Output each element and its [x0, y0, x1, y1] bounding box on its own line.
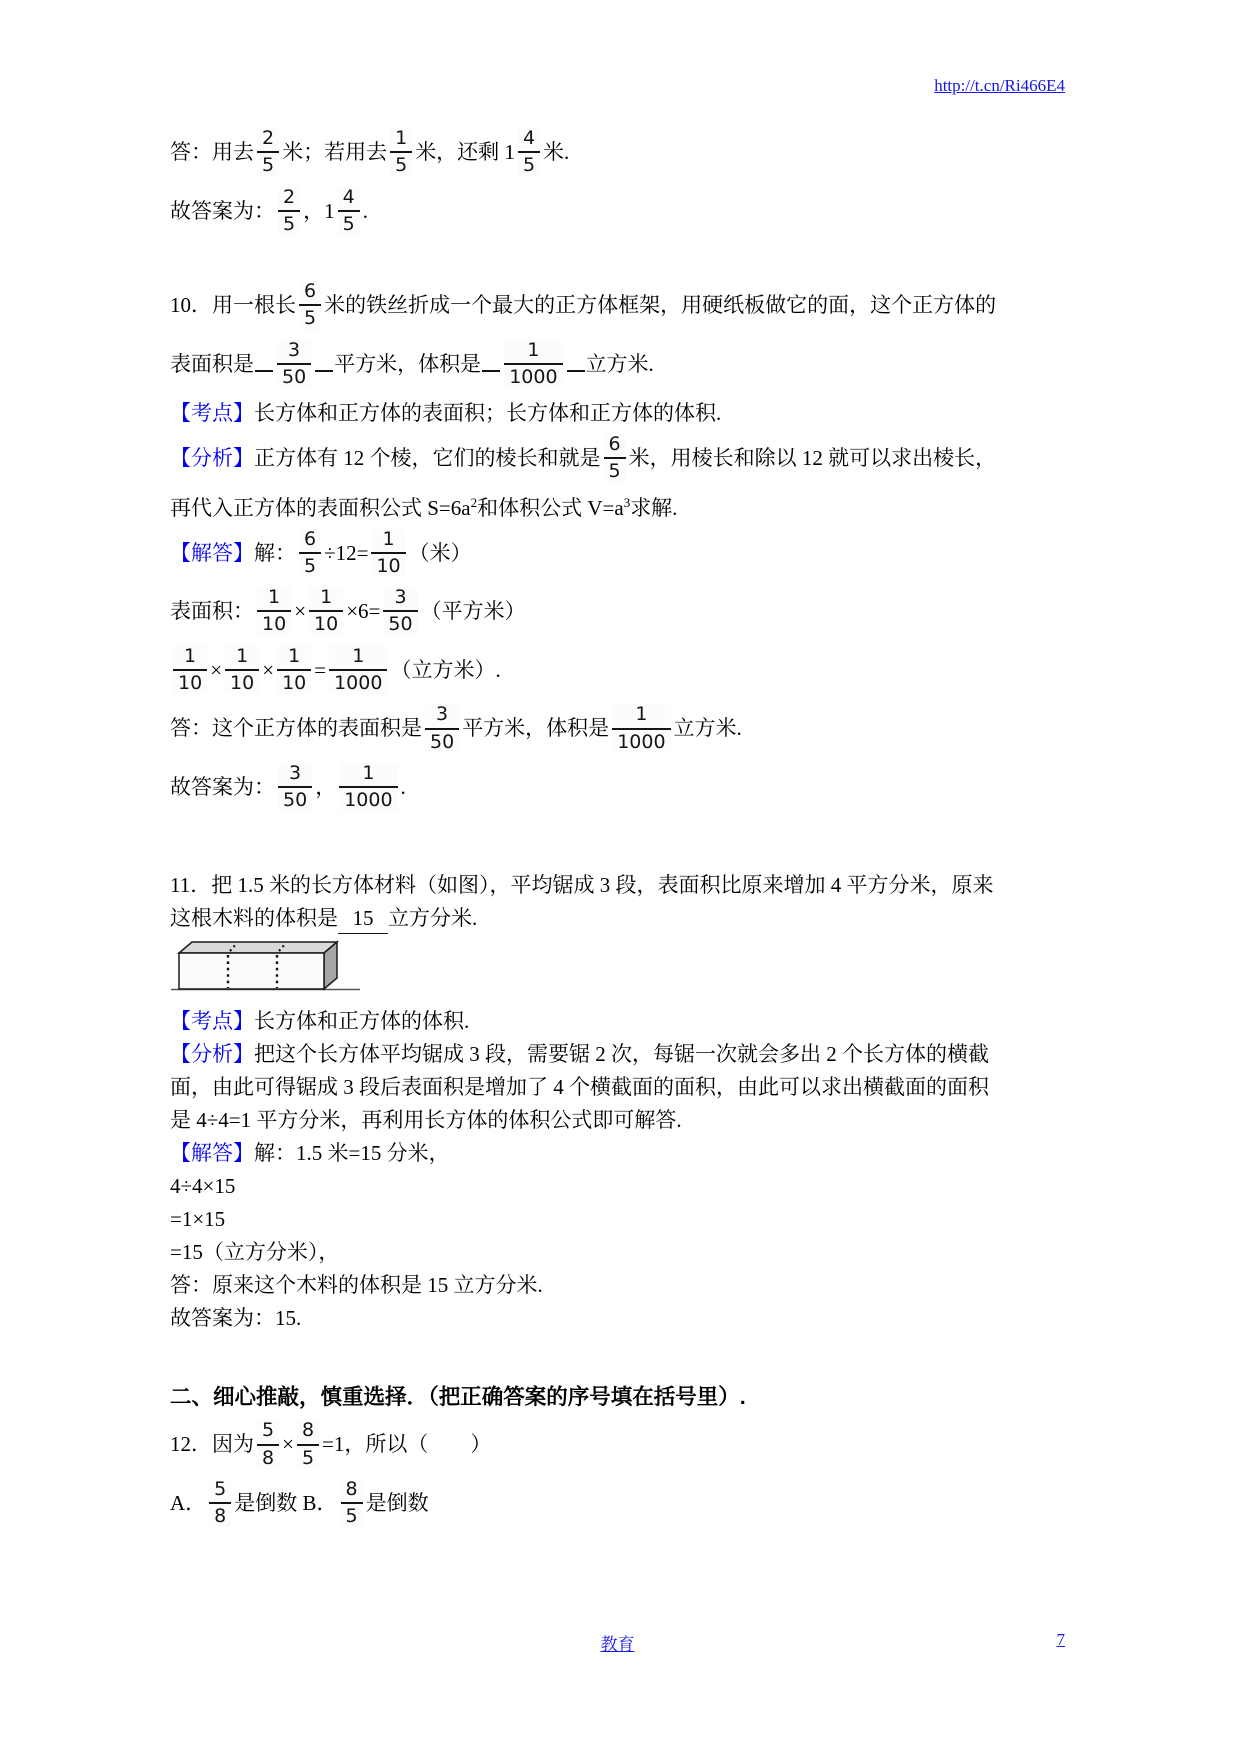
text-run: 正方体有 12 个棱，它们的棱长和就是	[254, 446, 601, 470]
text-run: 立方分米.	[388, 906, 477, 930]
section-label: 【解答】	[170, 1141, 254, 1165]
fraction: 110	[371, 529, 405, 578]
text-run: 长方体和正方体的表面积；长方体和正方体的体积.	[254, 401, 721, 425]
equation-line-3: =15（立方分米），	[170, 1237, 1067, 1267]
text-run: 答：原来这个木料的体积是 15 立方分米.	[170, 1273, 543, 1297]
fraction: 110	[225, 646, 259, 695]
text-run: 4÷4×15	[170, 1174, 235, 1198]
equation-line-1: 4÷4×15	[170, 1171, 1067, 1201]
fraction: 110	[173, 646, 207, 695]
fraction: 11000	[339, 763, 397, 812]
blank-underline	[255, 368, 273, 372]
surface-area-line: 表面积：110×110×6=350（平方米）	[170, 587, 1067, 640]
text-run: ×	[262, 658, 274, 682]
text-run: .	[363, 199, 368, 223]
fraction: 45	[518, 128, 540, 177]
fraction: 350	[278, 763, 312, 812]
text-run: 11．把 1.5 米的长方体材料（如图），平均锯成 3 段，表面积比原来增加 4…	[170, 873, 993, 897]
question-11-line-1: 11．把 1.5 米的长方体材料（如图），平均锯成 3 段，表面积比原来增加 4…	[170, 870, 1067, 900]
text-run: 米，还剩 1	[415, 140, 515, 164]
text-run: =1，所以（ ）	[322, 1432, 491, 1456]
text-run: 平方米，体积是	[334, 352, 481, 376]
final-answer-line-q9: 故答案为：25，145.	[170, 187, 1067, 240]
fenxi-q10-line-2: 再代入正方体的表面积公式 S=6a2和体积公式 V=a3求解.	[170, 493, 1067, 523]
final-answer-line-q10: 故答案为：350，11000.	[170, 763, 1067, 816]
question-10-line-2: 表面积是350平方米，体积是11000立方米.	[170, 340, 1067, 393]
text-run: .	[401, 775, 406, 799]
fraction: 58	[257, 1420, 279, 1469]
fraction: 110	[257, 587, 291, 636]
fraction: 65	[299, 529, 321, 578]
final-answer-line-q11: 故答案为：15.	[170, 1303, 1067, 1333]
text-run: 米的铁丝折成一个最大的正方体框架，用硬纸板做它的面，这个正方体的	[324, 293, 996, 317]
section-label: 【解答】	[170, 541, 254, 565]
text-run: 米；若用去	[282, 140, 387, 164]
fraction: 350	[425, 704, 459, 753]
text-run: A．	[170, 1491, 206, 1515]
cuboid-front-face	[179, 953, 324, 989]
text-run: 12．因为	[170, 1432, 254, 1456]
text-run: 是 4÷4=1 平方分米，再利用长方体的体积公式即可解答.	[170, 1108, 682, 1132]
question-10-line-1: 10．用一根长65米的铁丝折成一个最大的正方体框架，用硬纸板做它的面，这个正方体…	[170, 281, 1067, 334]
text-run: 求解.	[630, 496, 677, 520]
answer-line-q9: 答：用去25米；若用去15米，还剩 145米.	[170, 128, 1067, 181]
fraction: 65	[299, 281, 321, 330]
blank-answer: 15	[338, 903, 388, 934]
text-run: 表面积：	[170, 599, 254, 623]
cuboid-diagram	[170, 938, 362, 994]
fraction: 15	[390, 128, 412, 177]
text-run: 解：1.5 米=15 分米，	[254, 1141, 450, 1165]
fraction: 110	[309, 587, 343, 636]
text-run: 解：	[254, 541, 296, 565]
fraction: 45	[338, 187, 360, 236]
footer-education-link[interactable]: 教育	[601, 1635, 635, 1654]
text-run: ×	[294, 599, 306, 623]
text-run: 表面积是	[170, 352, 254, 376]
text-run: 10．用一根长	[170, 293, 296, 317]
blank-underline	[567, 368, 585, 372]
text-run: 答：用去	[170, 140, 254, 164]
text-run: 和体积公式 V=a	[477, 496, 624, 520]
fenxi-q10-line-1: 【分析】正方体有 12 个棱，它们的棱长和就是65米，用棱长和除以 12 就可以…	[170, 434, 1067, 487]
text-run: ×	[282, 1432, 294, 1456]
spacer	[170, 1336, 1067, 1376]
kaodian-line-q10: 【考点】长方体和正方体的表面积；长方体和正方体的体积.	[170, 398, 1067, 428]
fraction: 110	[277, 646, 311, 695]
question-12-line: 12．因为58×85=1，所以（ ）	[170, 1420, 1067, 1473]
fraction: 58	[209, 1479, 231, 1528]
answer-line-q11: 答：原来这个木料的体积是 15 立方分米.	[170, 1270, 1067, 1300]
text-run: 把这个长方体平均锯成 3 段，需要锯 2 次，每锯一次就会多出 2 个长方体的横…	[254, 1042, 989, 1066]
text-run: =15（立方分米），	[170, 1240, 339, 1264]
cuboid-top-face	[179, 942, 337, 953]
header-url-link[interactable]: http://t.cn/Ri466E4	[934, 76, 1065, 95]
text-run: 二、细心推敲，慎重选择．（把正确答案的序号填在括号里）.	[170, 1385, 746, 1409]
volume-line: 110×110×110=11000（立方米）.	[170, 646, 1067, 699]
text-run: ×6=	[346, 599, 380, 623]
text-run: =	[314, 658, 326, 682]
fraction: 350	[383, 587, 417, 636]
text-run: 是倒数 B．	[234, 1491, 337, 1515]
text-run: =1×15	[170, 1207, 225, 1231]
fraction: 65	[604, 434, 626, 483]
question-12-options: A．58是倒数 B．85是倒数	[170, 1479, 1067, 1532]
footer-center: 教育	[170, 1630, 1065, 1655]
text-run: ÷12=	[324, 541, 368, 565]
cuboid-figure	[170, 938, 1067, 1000]
text-run: 立方米.	[586, 352, 654, 376]
question-11-line-2: 这根木料的体积是15立方分米.	[170, 903, 1067, 934]
text-run: 米.	[543, 140, 569, 164]
answer-line-q10: 答：这个正方体的表面积是350平方米，体积是11000立方米.	[170, 704, 1067, 757]
section-label: 【考点】	[170, 1009, 254, 1033]
text-run: 答：这个正方体的表面积是	[170, 716, 422, 740]
text-run: 这根木料的体积是	[170, 906, 338, 930]
text-run: ，1	[303, 199, 335, 223]
footer: 教育 7	[170, 1630, 1065, 1654]
jieda-line-q10: 【解答】解：65÷12=110（米）	[170, 529, 1067, 582]
page: http://t.cn/Ri466E4 答：用去25米；若用去15米，还剩 14…	[0, 0, 1241, 1754]
text-run: （平方米）	[421, 599, 526, 623]
text-run: 面，由此可得锯成 3 段后表面积是增加了 4 个横截面的面积，由此可以求出横截面…	[170, 1075, 989, 1099]
text-run: 再代入正方体的表面积公式 S=6a	[170, 496, 471, 520]
fraction: 85	[297, 1420, 319, 1469]
spacer	[170, 821, 1067, 867]
fraction: 25	[278, 187, 300, 236]
blank-underline	[482, 368, 500, 372]
fenxi-q11-line-2: 面，由此可得锯成 3 段后表面积是增加了 4 个横截面的面积，由此可以求出横截面…	[170, 1072, 1067, 1102]
equation-line-2: =1×15	[170, 1204, 1067, 1234]
text-run: 米，用棱长和除以 12 就可以求出棱长，	[629, 446, 997, 470]
kaodian-line-q11: 【考点】长方体和正方体的体积.	[170, 1006, 1067, 1036]
text-run: ，	[315, 775, 336, 799]
section-label: 【分析】	[170, 446, 254, 470]
text-run: 平方米，体积是	[462, 716, 609, 740]
text-run: 故答案为：	[170, 775, 275, 799]
text-run: （米）	[409, 541, 472, 565]
fenxi-q11-line-3: 是 4÷4=1 平方分米，再利用长方体的体积公式即可解答.	[170, 1105, 1067, 1135]
text-run: ×	[210, 658, 222, 682]
text-run: 长方体和正方体的体积.	[254, 1009, 469, 1033]
jieda-line-q11: 【解答】解：1.5 米=15 分米，	[170, 1138, 1067, 1168]
fraction: 350	[277, 340, 311, 389]
document-body: 答：用去25米；若用去15米，还剩 145米.故答案为：25，145.10．用一…	[170, 122, 1067, 1537]
spacer	[170, 245, 1067, 275]
footer-page-number[interactable]: 7	[1057, 1630, 1066, 1650]
fraction: 25	[257, 128, 279, 177]
text-run: 故答案为：	[170, 199, 275, 223]
blank-underline	[315, 368, 333, 372]
section-2-heading: 二、细心推敲，慎重选择．（把正确答案的序号填在括号里）.	[170, 1382, 1067, 1412]
text-run: 是倒数	[366, 1491, 429, 1515]
section-label: 【分析】	[170, 1042, 254, 1066]
fraction: 11000	[612, 704, 670, 753]
fenxi-q11-line-1: 【分析】把这个长方体平均锯成 3 段，需要锯 2 次，每锯一次就会多出 2 个长…	[170, 1039, 1067, 1069]
fraction: 11000	[329, 646, 387, 695]
fraction: 11000	[504, 340, 562, 389]
text-run: （立方米）.	[390, 658, 500, 682]
header: http://t.cn/Ri466E4	[170, 76, 1065, 96]
section-label: 【考点】	[170, 401, 254, 425]
text-run: 故答案为：15.	[170, 1306, 301, 1330]
fraction: 85	[341, 1479, 363, 1528]
text-run: 立方米.	[674, 716, 742, 740]
